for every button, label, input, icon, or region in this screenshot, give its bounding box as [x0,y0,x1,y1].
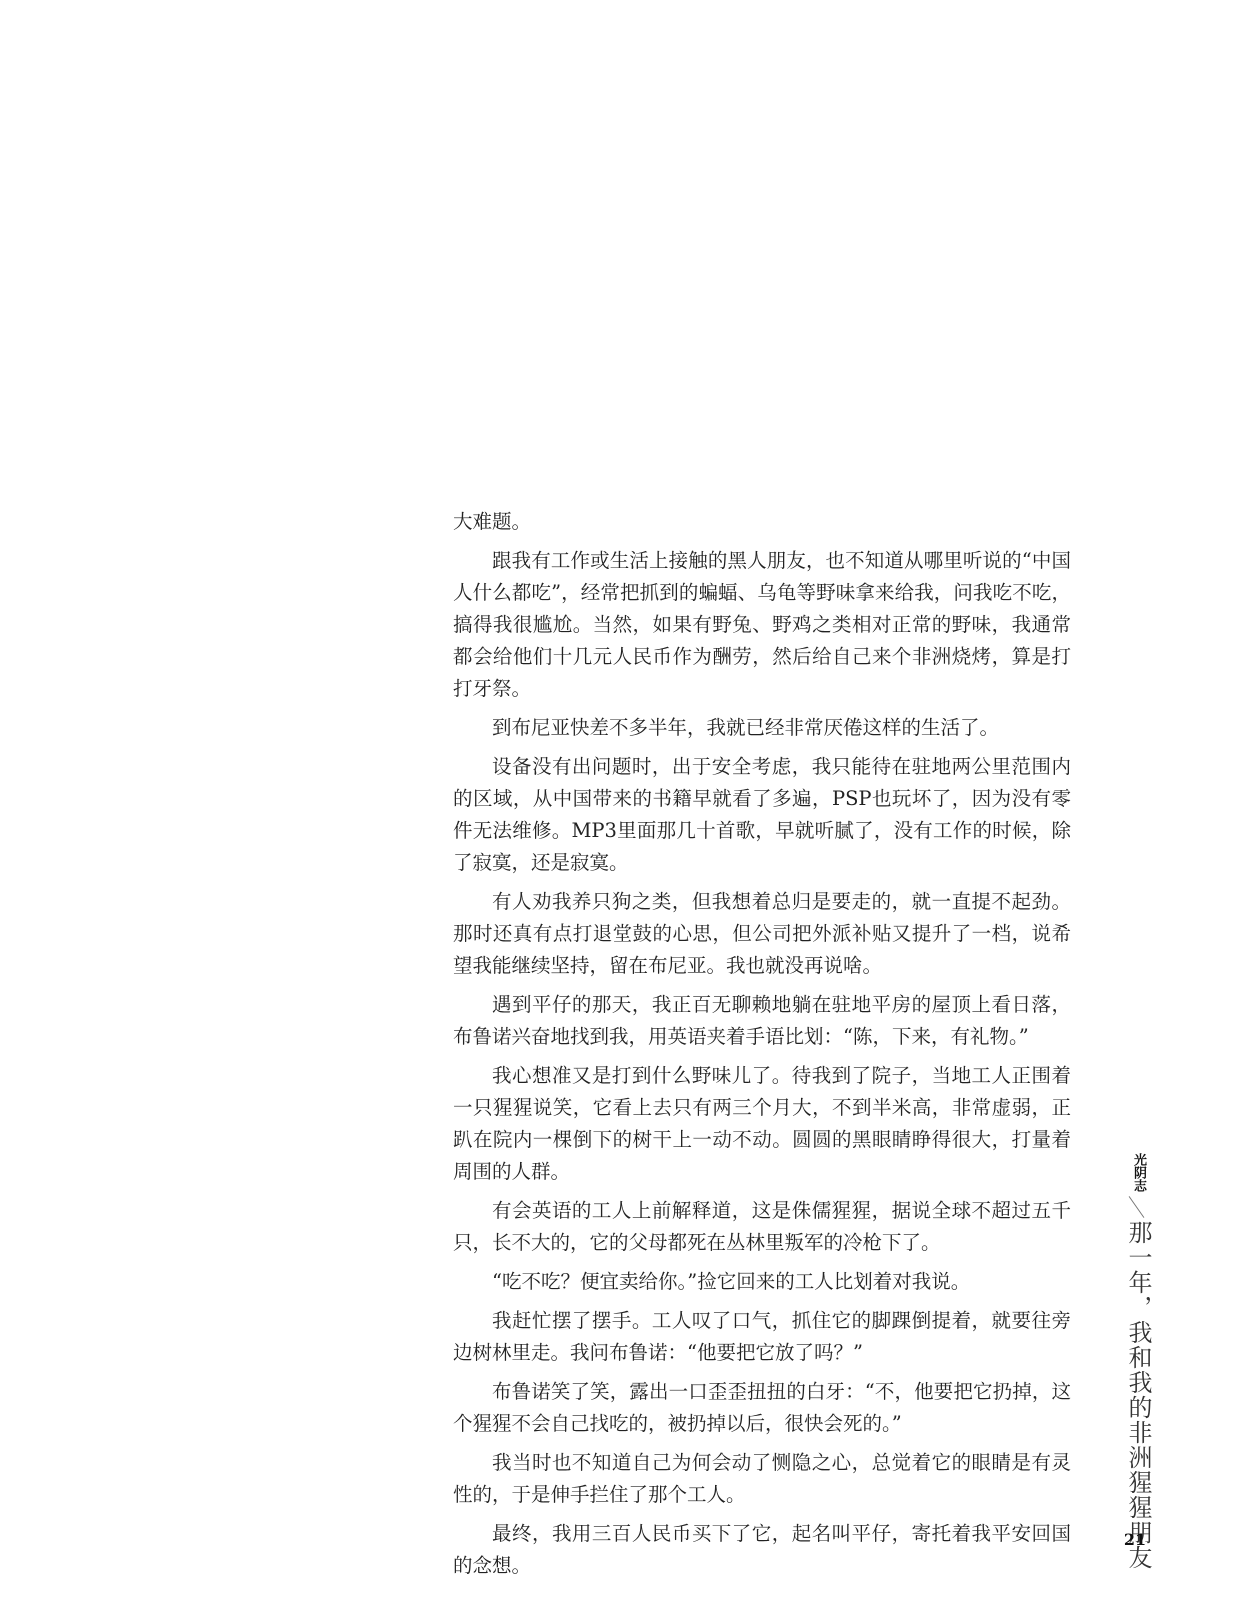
paragraph: 设备没有出问题时，出于安全考虑，我只能待在驻地两公里范围内的区域，从中国带来的书… [453,751,1071,879]
paragraph: 有人劝我养只狗之类，但我想着总归是要走的，就一直提不起劲。那时还真有点打退堂鼓的… [453,886,1071,982]
paragraph: 我赶忙摆了摆手。工人叹了口气，抓住它的脚踝倒提着，就要往旁边树林里走。我问布鲁诺… [453,1305,1071,1369]
paragraph: 最终，我用三百人民币买下了它，起名叫平仔，寄托着我平安回国的念想。 [453,1518,1071,1582]
paragraph: 我心想准又是打到什么野味儿了。待我到了院子，当地工人正围着一只猩猩说笑，它看上去… [453,1060,1071,1188]
paragraph: 布鲁诺笑了笑，露出一口歪歪扭扭的白牙：“不，他要把它扔掉，这个猩猩不会自己找吃的… [453,1376,1071,1440]
paragraph: 有会英语的工人上前解释道，这是侏儒猩猩，据说全球不超过五千只，长不大的，它的父母… [453,1195,1071,1259]
running-header: 光阴志 那一年，我和我的非洲猩猩朋友 [1117,1153,1157,1570]
paragraph: “吃不吃？便宜卖给你。”捡它回来的工人比划着对我说。 [453,1266,1071,1298]
paragraph: 跟我有工作或生活上接触的黑人朋友，也不知道从哪里听说的“中国人什么都吃”，经常把… [453,545,1071,705]
paragraph: 到布尼亚快差不多半年，我就已经非常厌倦这样的生活了。 [453,712,1071,744]
paragraph: 大难题。 [453,506,1071,538]
article-title: 那一年，我和我的非洲猩猩朋友 [1123,1220,1151,1570]
paragraph: 遇到平仔的那天，我正百无聊赖地躺在驻地平房的屋顶上看日落，布鲁诺兴奋地找到我，用… [453,989,1071,1053]
article-body: 大难题。 跟我有工作或生活上接触的黑人朋友，也不知道从哪里听说的“中国人什么都吃… [453,506,1071,1589]
divider-slash [1127,1194,1147,1218]
page-number: 21 [1115,1530,1155,1549]
magazine-section-label: 光阴志 [1129,1153,1145,1192]
paragraph: 我当时也不知道自己为何会动了恻隐之心，总觉着它的眼睛是有灵性的，于是伸手拦住了那… [453,1447,1071,1511]
book-page: 大难题。 跟我有工作或生活上接触的黑人朋友，也不知道从哪里听说的“中国人什么都吃… [0,0,1240,1623]
